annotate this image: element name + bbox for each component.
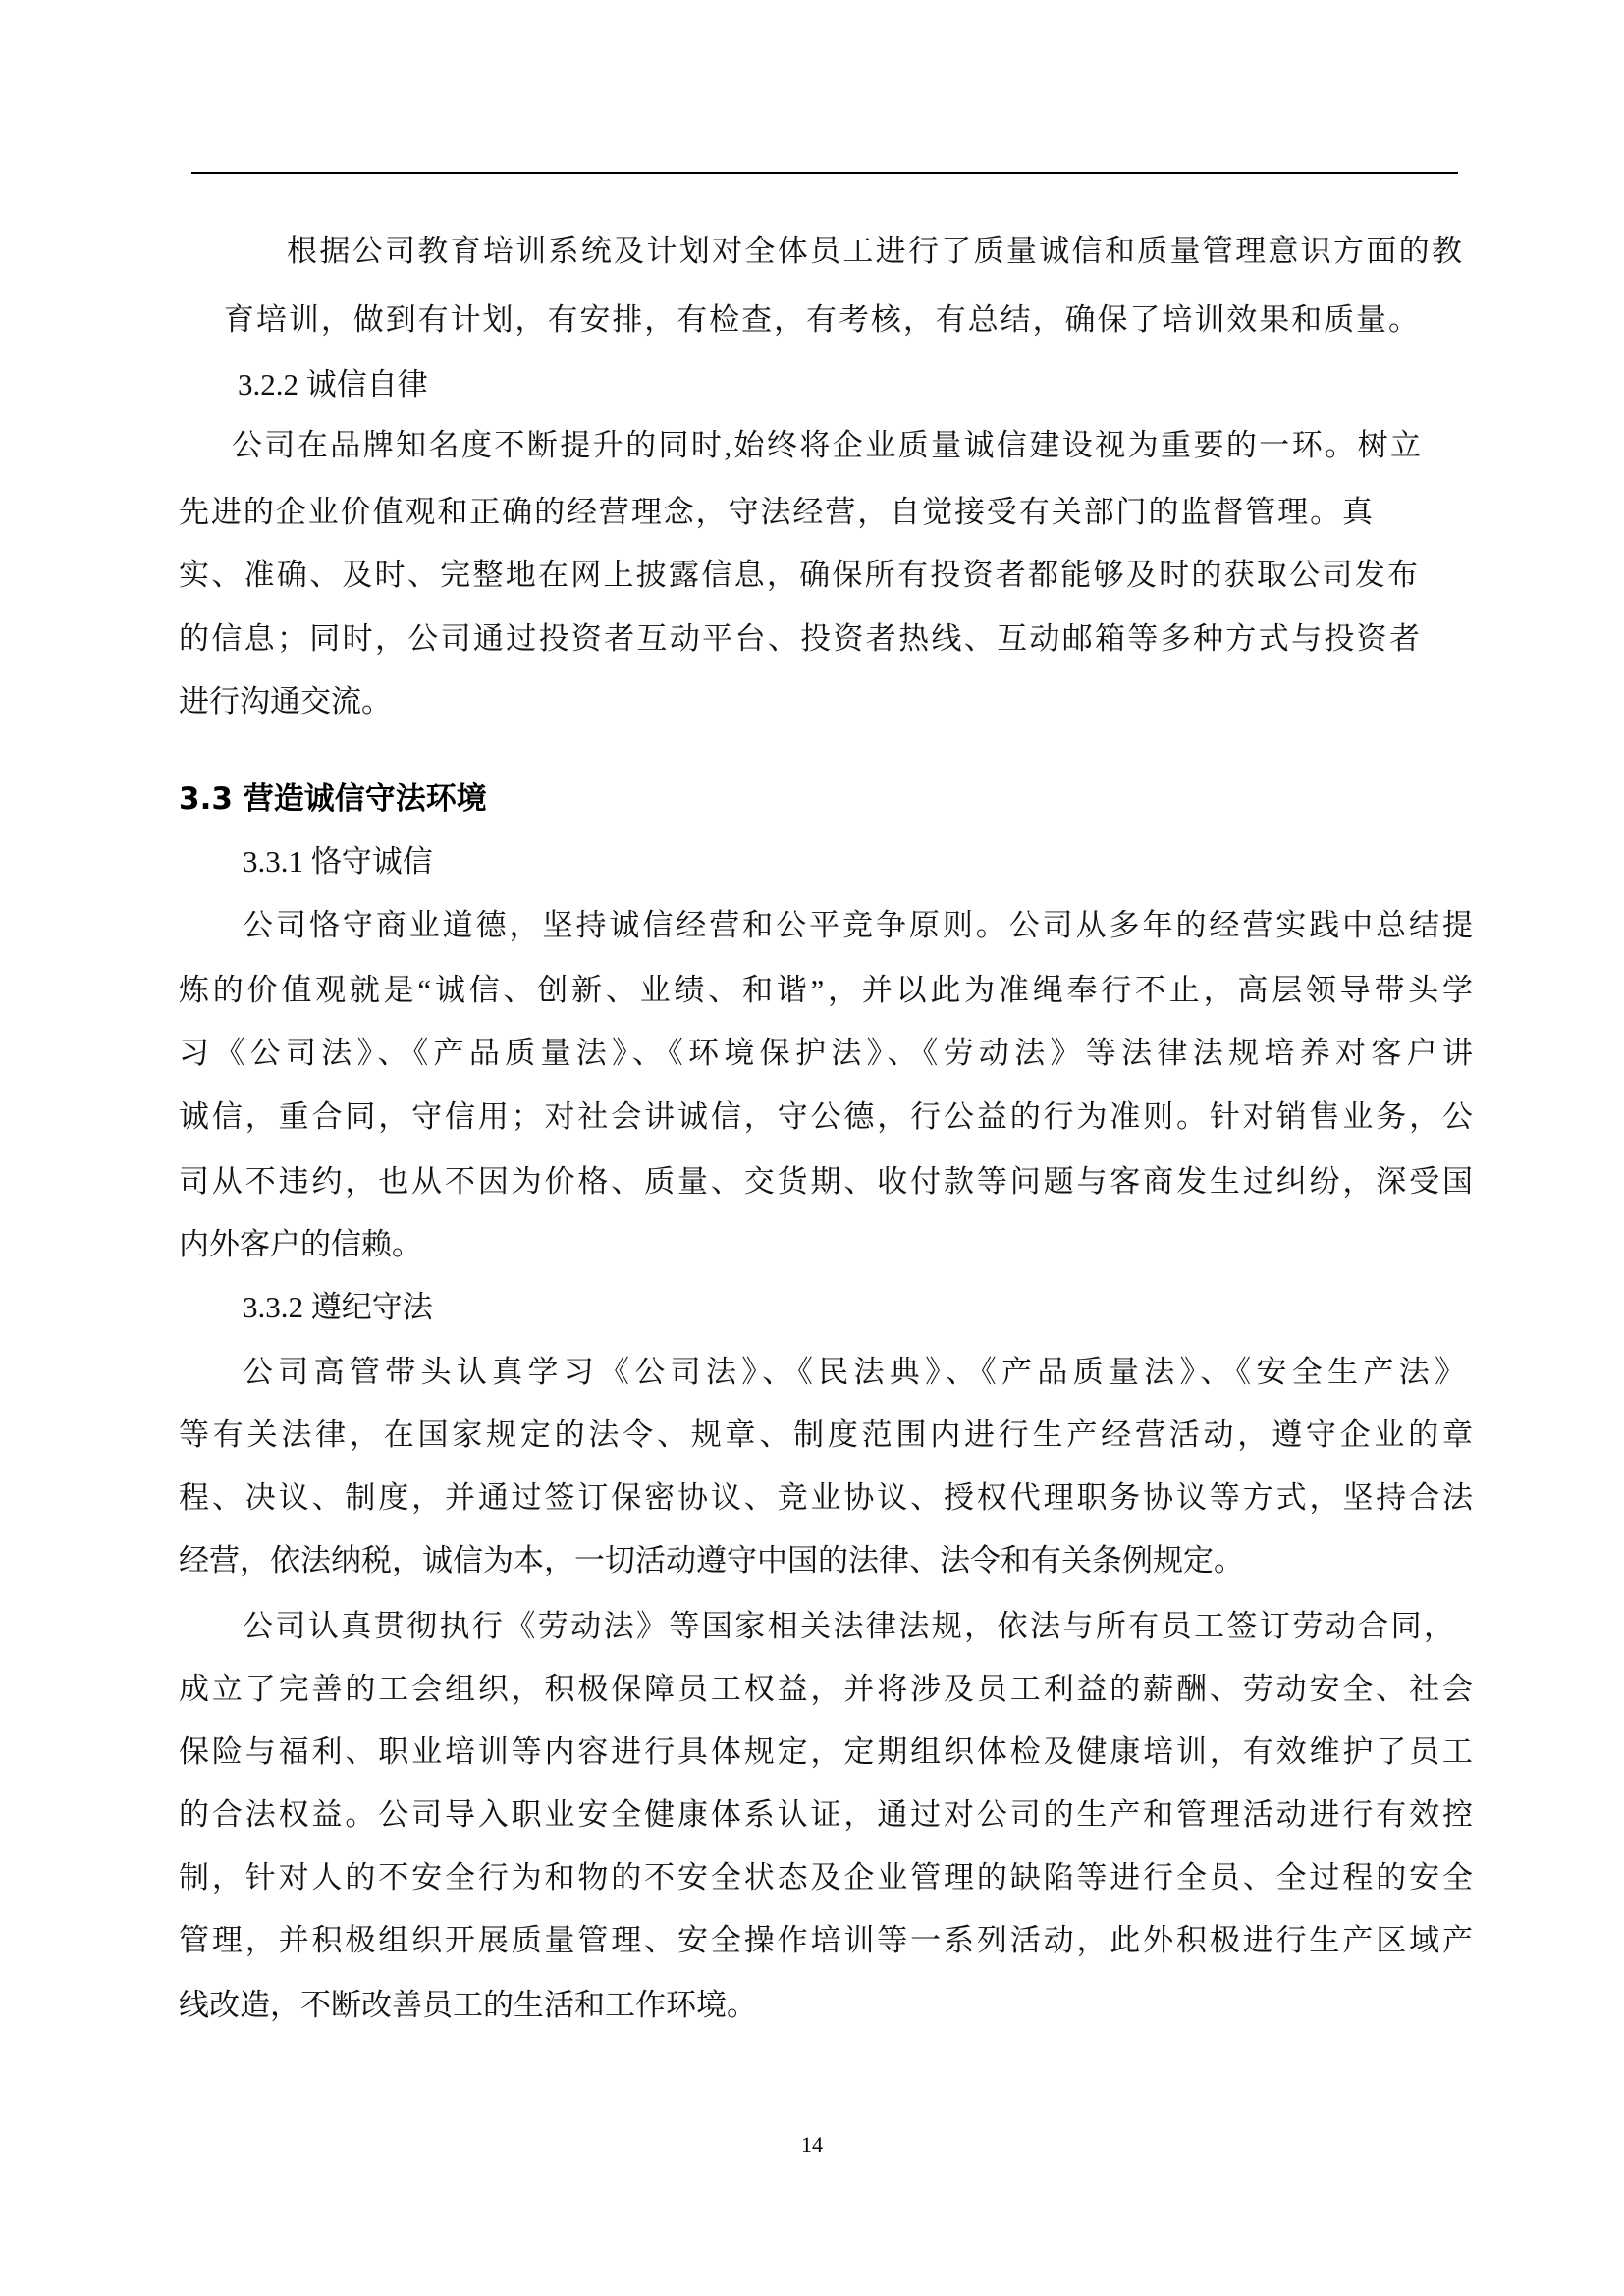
- paragraph-line: 先进的企业价值观和正确的经营理念，守法经营，自觉接受有关部门的监督管理。真: [179, 493, 1373, 532]
- section-heading-3-3-1: 3.3.1 恪守诚信: [243, 842, 433, 881]
- paragraph-line: 进行沟通交流。: [179, 682, 392, 721]
- paragraph-line: 实、准确、及时、完整地在网上披露信息，确保所有投资者都能够及时的获取公司发布: [179, 556, 1418, 595]
- paragraph-line: 公司恪守商业道德，坚持诚信经营和公平竞争原则。公司从多年的经营实践中总结提: [243, 906, 1473, 945]
- paragraph-line: 根据公司教育培训系统及计划对全体员工进行了质量诚信和质量管理意识方面的教: [287, 232, 1462, 271]
- paragraph-line: 管理，并积极组织开展质量管理、安全操作培训等一系列活动，此外积极进行生产区域产: [179, 1921, 1473, 1960]
- document-page: 根据公司教育培训系统及计划对全体员工进行了质量诚信和质量管理意识方面的教 育培训…: [0, 0, 1624, 2296]
- paragraph-line: 保险与福利、职业培训等内容进行具体规定，定期组织体检及健康培训，有效维护了员工: [179, 1733, 1473, 1772]
- paragraph-line: 公司高管带头认真学习《公司法》、《民法典》、《产品质量法》、《安全生产法》: [243, 1353, 1465, 1392]
- section-heading-3-3-2: 3.3.2 遵纪守法: [243, 1288, 433, 1327]
- paragraph-line: 线改造，不断改善员工的生活和工作环境。: [179, 1986, 757, 2025]
- header-rule: [191, 172, 1458, 174]
- paragraph-line: 的信息；同时，公司通过投资者互动平台、投资者热线、互动邮箱等多种方式与投资者: [179, 619, 1420, 659]
- paragraph-line: 等有关法律，在国家规定的法令、规章、制度范围内进行生产经营活动，遵守企业的章: [179, 1415, 1473, 1455]
- paragraph-line: 诚信，重合同，守信用；对社会讲诚信，守公德，行公益的行为准则。针对销售业务，公: [179, 1097, 1473, 1137]
- paragraph-line: 炼的价值观就是“诚信、创新、业绩、和谐”，并以此为准绳奉行不止，高层领导带头学: [179, 971, 1473, 1010]
- section-heading-3-3: 3.3 营造诚信守法环境: [179, 779, 487, 819]
- page-number: 14: [0, 2132, 1624, 2158]
- section-heading-3-2-2: 3.2.2 诚信自律: [238, 365, 428, 404]
- paragraph-line: 的合法权益。公司导入职业安全健康体系认证，通过对公司的生产和管理活动进行有效控: [179, 1795, 1473, 1835]
- paragraph-line: 司从不违约，也从不因为价格、质量、交货期、收付款等问题与客商发生过纠纷，深受国: [179, 1162, 1473, 1201]
- paragraph-line: 制，针对人的不安全行为和物的不安全状态及企业管理的缺陷等进行全员、全过程的安全: [179, 1858, 1473, 1897]
- paragraph-line: 经营，依法纳税，诚信为本，一切活动遵守中国的法律、法令和有关条例规定。: [179, 1541, 1244, 1580]
- paragraph-line: 公司在品牌知名度不断提升的同时,始终将企业质量诚信建设视为重要的一环。树立: [232, 426, 1421, 465]
- paragraph-line: 程、决议、制度，并通过签订保密协议、竞业协议、授权代理职务协议等方式，坚持合法: [179, 1478, 1473, 1518]
- paragraph-line: 成立了完善的工会组织，积极保障员工权益，并将涉及员工利益的薪酬、劳动安全、社会: [179, 1670, 1473, 1709]
- paragraph-line: 育培训，做到有计划，有安排，有检查，有考核，有总结，确保了培训效果和质量。: [224, 300, 1419, 340]
- paragraph-line: 公司认真贯彻执行《劳动法》等国家相关法律法规，依法与所有员工签订劳动合同，: [243, 1607, 1454, 1646]
- paragraph-line: 习《公司法》、《产品质量法》、《环境保护法》、《劳动法》等法律法规培养对客户讲: [179, 1034, 1473, 1073]
- paragraph-line: 内外客户的信赖。: [179, 1225, 422, 1264]
